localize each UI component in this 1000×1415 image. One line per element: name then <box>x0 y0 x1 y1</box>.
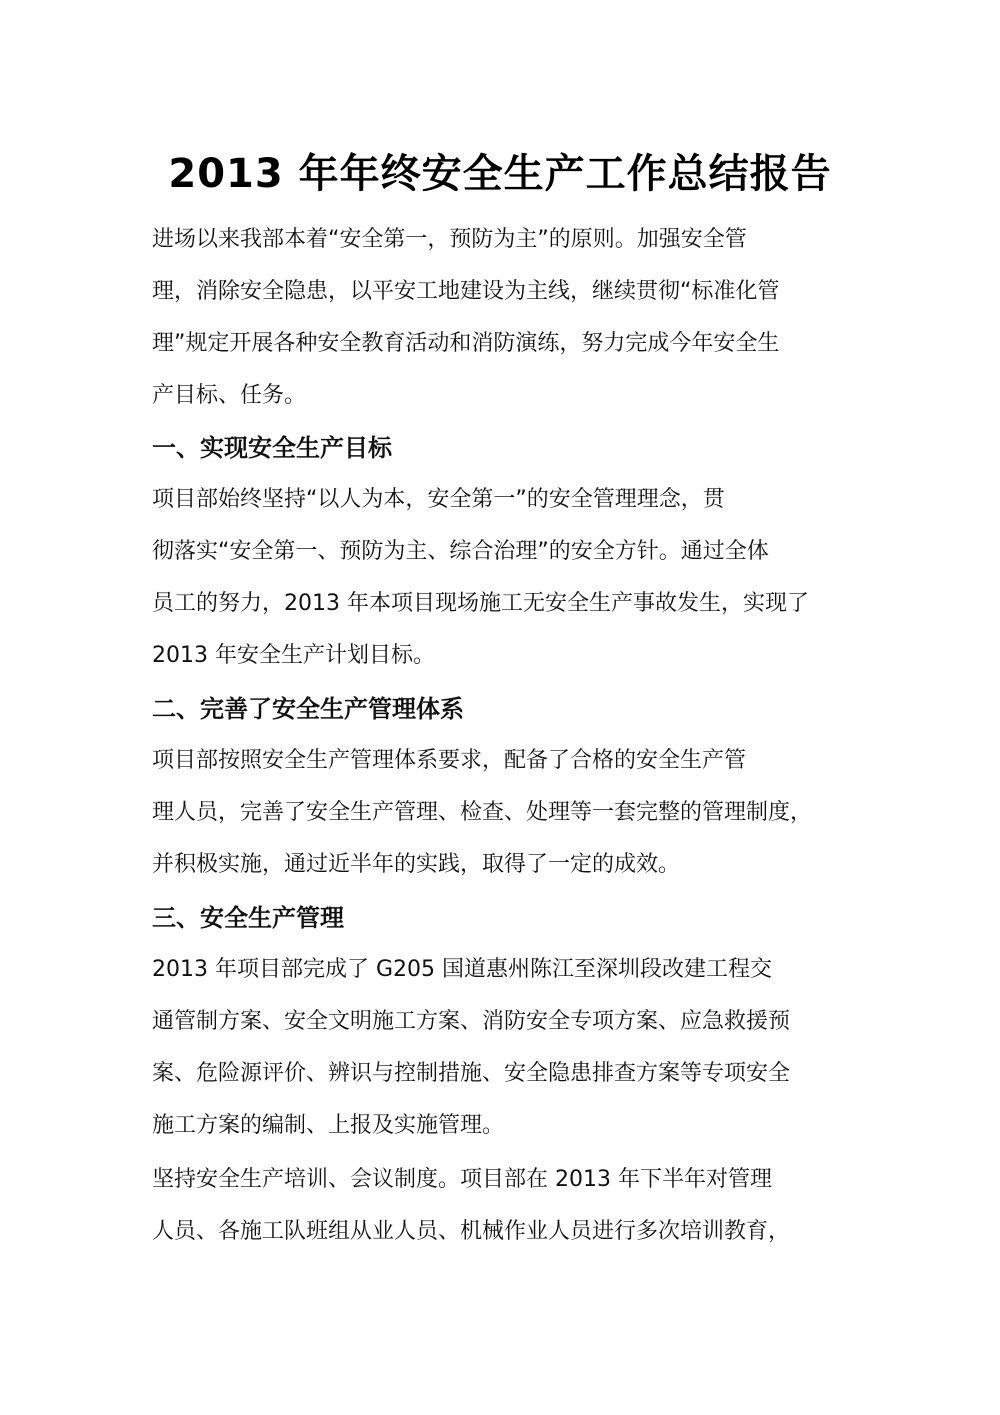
paragraph-line: 项目部始终坚持“以人为本，安全第一”的安全管理理念，贯 <box>152 484 852 516</box>
paragraph-line: 理人员，完善了安全生产管理、检查、处理等一套完整的管理制度， <box>152 797 852 829</box>
paragraph-line: 人员、各施工队班组从业人员、机械作业人员进行多次培训教育， <box>152 1216 852 1248</box>
section-heading: 三、安全生产管理 <box>152 902 344 934</box>
paragraph-line: 项目部按照安全生产管理体系要求，配备了合格的安全生产管 <box>152 745 852 777</box>
paragraph-line: 彻落实“安全第一、预防为主、综合治理”的安全方针。通过全体 <box>152 536 852 568</box>
paragraph-line: 理”规定开展各种安全教育活动和消防演练，努力完成今年安全生 <box>152 328 852 360</box>
paragraph-line: 进场以来我部本着“安全第一，预防为主”的原则。加强安全管 <box>152 224 852 256</box>
paragraph-line: 并积极实施，通过近半年的实践，取得了一定的成效。 <box>152 849 852 881</box>
paragraph-line: 理，消除安全隐患，以平安工地建设为主线，继续贯彻“标准化管 <box>152 276 852 308</box>
paragraph-line: 产目标、任务。 <box>152 380 852 412</box>
paragraph-line: 员工的努力，2013 年本项目现场施工无安全生产事故发生，实现了 <box>152 588 852 620</box>
paragraph-line: 施工方案的编制、上报及实施管理。 <box>152 1110 852 1142</box>
paragraph-line: 坚持安全生产培训、会议制度。项目部在 2013 年下半年对管理 <box>152 1164 852 1196</box>
document-page: 2013 年年终安全生产工作总结报告 进场以来我部本着“安全第一，预防为主”的原… <box>0 0 1000 1415</box>
section-heading: 二、完善了安全生产管理体系 <box>152 693 464 725</box>
document-title: 2013 年年终安全生产工作总结报告 <box>0 146 1000 202</box>
paragraph-line: 案、危险源评价、辨识与控制措施、安全隐患排查方案等专项安全 <box>152 1058 852 1090</box>
paragraph-line: 2013 年项目部完成了 G205 国道惠州陈江至深圳段改建工程交 <box>152 954 852 986</box>
paragraph-line: 2013 年安全生产计划目标。 <box>152 640 852 672</box>
paragraph-line: 通管制方案、安全文明施工方案、消防安全专项方案、应急救援预 <box>152 1006 852 1038</box>
section-heading: 一、实现安全生产目标 <box>152 432 392 464</box>
